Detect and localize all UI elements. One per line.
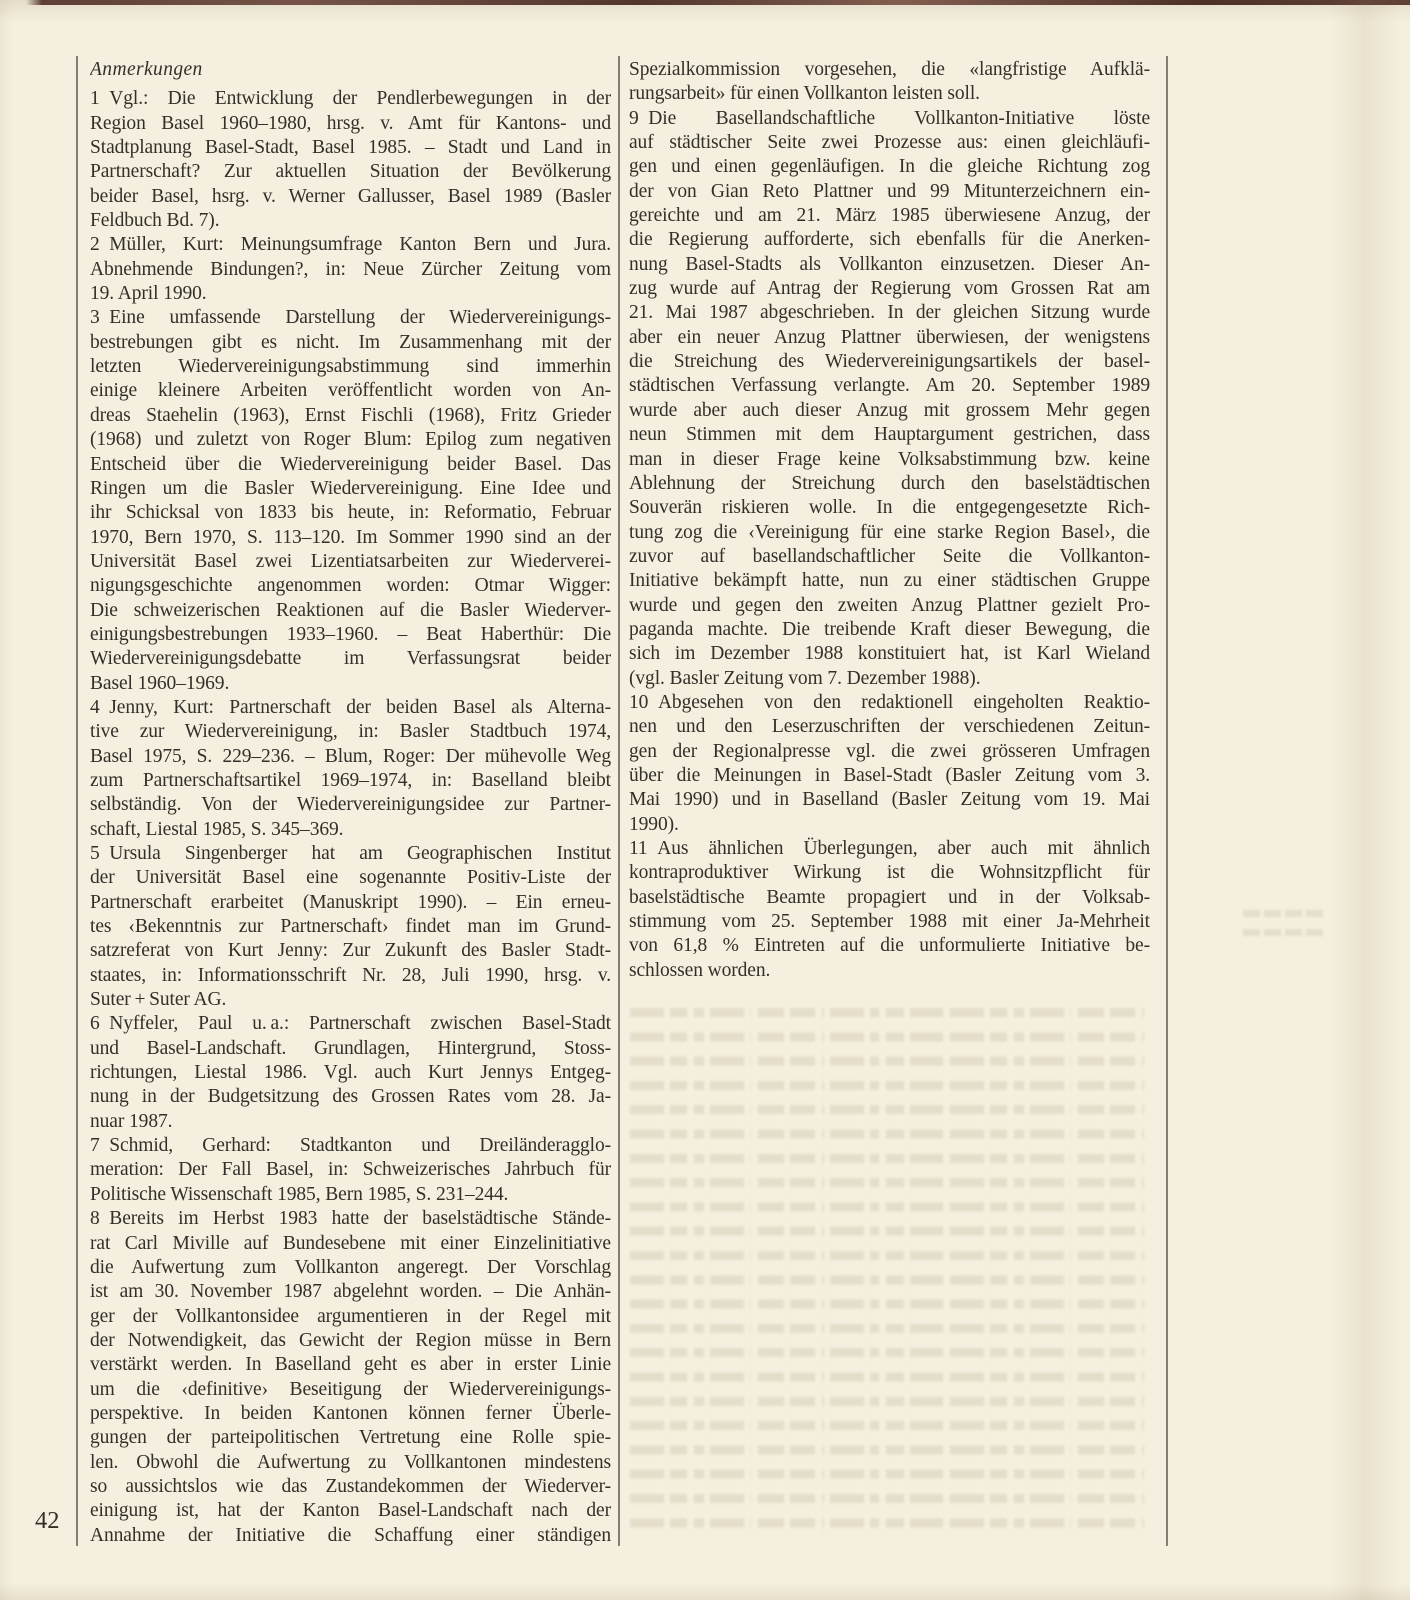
footnote-line: 3 Eine umfassende Darstellung der Wieder… xyxy=(90,306,611,330)
scanned-page: Anmerkungen 1 Vgl.: Die Entwicklung der … xyxy=(0,0,1410,1600)
footnote-line: nuar 1987. xyxy=(90,1110,611,1134)
footnotes-right: Spezialkommission vorgesehen, die «langf… xyxy=(629,58,1150,983)
footnote-line: Abnehmende Bindungen?, in: Neue Zürcher … xyxy=(90,258,611,282)
footnote-line: staates, in: Informationsschrift Nr. 28,… xyxy=(90,964,611,988)
footnote-line: gungen der parteipolitischen Vertretung … xyxy=(90,1426,611,1450)
footnote-line: einige kleinere Arbeiten veröffentlicht … xyxy=(90,379,611,403)
bleed-through-text xyxy=(630,1002,1146,1540)
footnote-line: 19. April 1990. xyxy=(90,282,611,306)
footnotes-column-left: Anmerkungen 1 Vgl.: Die Entwicklung der … xyxy=(90,58,611,1548)
footnote-line: aber ein neuer Anzug Plattner überwiesen… xyxy=(629,326,1150,350)
footnote-line: 11 Aus ähnlichen Überlegungen, aber auch… xyxy=(629,837,1150,861)
footnote-line: kontraproduktiver Wirkung ist die Wohnsi… xyxy=(629,861,1150,885)
footnote-line: letzten Wiedervereinigungsabstimmung sin… xyxy=(90,355,611,379)
bleed-through-margin-text xyxy=(1243,906,1323,948)
footnote-line: 9 Die Basellandschaftliche Vollkanton-In… xyxy=(629,107,1150,131)
footnote: 2 Müller, Kurt: Meinungsumfrage Kanton B… xyxy=(90,233,611,306)
footnote-line: 10 Abgesehen von den redaktionell eingeh… xyxy=(629,691,1150,715)
footnote-line: rat Carl Miville auf Bundesebene mit ein… xyxy=(90,1232,611,1256)
footnote-line: satzreferat von Kurt Jenny: Zur Zukunft … xyxy=(90,939,611,963)
footnote-line: wurde und gegen den zweiten Anzug Plattn… xyxy=(629,594,1150,618)
footnote-line: stimmung vom 25. September 1988 mit eine… xyxy=(629,910,1150,934)
footnote-line: man in dieser Frage keine Volksabstimmun… xyxy=(629,448,1150,472)
footnote-line: über die Meinungen in Basel-Stadt (Basle… xyxy=(629,764,1150,788)
footnote-line: Ringen um die Basler Wiedervereinigung. … xyxy=(90,477,611,501)
footnote-line: 6 Nyffeler, Paul u. a.: Partnerschaft zw… xyxy=(90,1012,611,1036)
footnote-line: zuvor auf basellandschaftlicher Seite di… xyxy=(629,545,1150,569)
footnote: 5 Ursula Singenberger hat am Geographisc… xyxy=(90,842,611,1012)
footnote-line: baselstädtische Beamte propagiert und in… xyxy=(629,886,1150,910)
scan-edge-strip xyxy=(0,0,1410,5)
footnote-line: Feldbuch Bd. 7). xyxy=(90,209,611,233)
footnote-line: rungsarbeit» für einen Vollkanton leiste… xyxy=(629,82,1150,106)
footnote-line: zum Partnerschaftsartikel 1969–1974, in:… xyxy=(90,769,611,793)
footnote-line: Die schweizerischen Reaktionen auf die B… xyxy=(90,599,611,623)
footnote-line: städtischen Verfassung verlangte. Am 20.… xyxy=(629,374,1150,398)
footnote-line: einigungsbestrebungen 1933–1960. – Beat … xyxy=(90,623,611,647)
footnote-line: der Universität Basel eine sogenannte Po… xyxy=(90,866,611,890)
footnote-line: tes ‹Bekenntnis zur Partnerschaft› finde… xyxy=(90,915,611,939)
footnote-line: auf städtischer Seite zwei Prozesse aus:… xyxy=(629,131,1150,155)
footnote-line: die Streichung des Wiedervereinigungsart… xyxy=(629,350,1150,374)
footnote-line: nung in der Budgetsitzung des Grossen Ra… xyxy=(90,1085,611,1109)
footnote-line: perspektive. In beiden Kantonen können f… xyxy=(90,1402,611,1426)
footnote-line: selbständig. Von der Wiedervereinigungsi… xyxy=(90,793,611,817)
footnote-line: Souverän riskieren wolle. In die entgege… xyxy=(629,496,1150,520)
footnote-line: so aussichtslos wie das Zustandekommen d… xyxy=(90,1475,611,1499)
footnote: Spezialkommission vorgesehen, die «langf… xyxy=(629,58,1150,107)
footnote: 3 Eine umfassende Darstellung der Wieder… xyxy=(90,306,611,696)
footnote-line: beider Basel, hsrg. v. Werner Gallusser,… xyxy=(90,185,611,209)
footnote-line: einigung ist, hat der Kanton Basel-Lands… xyxy=(90,1499,611,1523)
footnote-line: Universität Basel zwei Lizentiatsarbeite… xyxy=(90,550,611,574)
footnote-line: nigungsgeschichte angenommen worden: Otm… xyxy=(90,574,611,598)
footnote: 8 Bereits im Herbst 1983 hatte der basel… xyxy=(90,1207,611,1548)
footnote: 1 Vgl.: Die Entwicklung der Pendlerbeweg… xyxy=(90,87,611,233)
column-rule-right xyxy=(1166,56,1168,1546)
footnote-line: Partnerschaft erarbeitet (Manuskript 199… xyxy=(90,891,611,915)
footnote-line: ihr Schicksal von 1833 bis heute, in: Re… xyxy=(90,501,611,525)
footnote-line: (1968) und zuletzt von Roger Blum: Epilo… xyxy=(90,428,611,452)
footnotes-left: 1 Vgl.: Die Entwicklung der Pendlerbeweg… xyxy=(90,87,611,1548)
column-rule-left xyxy=(76,56,78,1546)
footnote-line: bestrebungen gibt es nicht. Im Zusammenh… xyxy=(90,331,611,355)
footnote-line: Ablehnung der Streichung durch den basel… xyxy=(629,472,1150,496)
footnote: 6 Nyffeler, Paul u. a.: Partnerschaft zw… xyxy=(90,1012,611,1134)
footnote-line: tive zur Wiedervereinigung, in: Basler S… xyxy=(90,720,611,744)
column-rule-middle xyxy=(618,56,620,1546)
footnote-line: 21. Mai 1987 abgeschrieben. In der gleic… xyxy=(629,301,1150,325)
footnote-line: 7 Schmid, Gerhard: Stadtkanton und Dreil… xyxy=(90,1134,611,1158)
footnote: 11 Aus ähnlichen Überlegungen, aber auch… xyxy=(629,837,1150,983)
footnote-line: Politische Wissenschaft 1985, Bern 1985,… xyxy=(90,1183,611,1207)
footnote-line: 4 Jenny, Kurt: Partnerschaft der beiden … xyxy=(90,696,611,720)
footnote-line: der von Gian Reto Plattner und 99 Mitunt… xyxy=(629,180,1150,204)
footnote-line: Basel 1960–1969. xyxy=(90,672,611,696)
footnote-line: neun Stimmen mit dem Hauptargument gestr… xyxy=(629,423,1150,447)
footnote-line: Entscheid über die Wiedervereinigung bei… xyxy=(90,453,611,477)
footnote-line: zug wurde auf Antrag der Regierung vom G… xyxy=(629,277,1150,301)
footnote-line: paganda machte. Die treibende Kraft dies… xyxy=(629,618,1150,642)
footnote-line: sich im Dezember 1988 konstituiert hat, … xyxy=(629,642,1150,666)
footnotes-column-right: Spezialkommission vorgesehen, die «langf… xyxy=(629,58,1150,983)
footnote-line: Suter + Suter AG. xyxy=(90,988,611,1012)
footnote: 9 Die Basellandschaftliche Vollkanton-In… xyxy=(629,107,1150,691)
footnote-line: verstärkt werden. In Baselland geht es a… xyxy=(90,1353,611,1377)
footnote-line: Wiedervereinigungsdebatte im Verfassungs… xyxy=(90,647,611,671)
footnote-line: Basel 1975, S. 229–236. – Blum, Roger: D… xyxy=(90,745,611,769)
footnote-line: len. Obwohl die Aufwertung zu Vollkanton… xyxy=(90,1451,611,1475)
footnote-line: gen der Regionalpresse vgl. die zwei grö… xyxy=(629,740,1150,764)
footnote-line: schaft, Liestal 1985, S. 345–369. xyxy=(90,818,611,842)
footnote-line: die Aufwertung zum Vollkanton angeregt. … xyxy=(90,1256,611,1280)
footnote-line: meration: Der Fall Basel, in: Schweizeri… xyxy=(90,1158,611,1182)
footnote-line: nung Basel-Stadts als Vollkanton einzuse… xyxy=(629,253,1150,277)
footnote: 10 Abgesehen von den redaktionell eingeh… xyxy=(629,691,1150,837)
footnote-line: von 61,8 % Eintreten auf die unformulier… xyxy=(629,934,1150,958)
footnote-line: der Notwendigkeit, das Gewicht der Regio… xyxy=(90,1329,611,1353)
footnote-line: und Basel-Landschaft. Grundlagen, Hinter… xyxy=(90,1037,611,1061)
footnote-line: um die ‹definitive› Beseitigung der Wied… xyxy=(90,1378,611,1402)
footnote-line: nen und den Leserzuschriften der verschi… xyxy=(629,715,1150,739)
footnote-line: die Regierung aufforderte, sich ebenfall… xyxy=(629,228,1150,252)
footnote-line: dreas Staehelin (1963), Ernst Fischli (1… xyxy=(90,404,611,428)
footnote-line: Initiative bekämpft hatte, nun zu einer … xyxy=(629,569,1150,593)
footnote-line: wurde aber auch dieser Anzug mit grossem… xyxy=(629,399,1150,423)
footnote-line: Partnerschaft? Zur aktuellen Situation d… xyxy=(90,160,611,184)
footnote-line: gen und einen gegenläufigen. In die glei… xyxy=(629,155,1150,179)
footnote-line: Spezialkommission vorgesehen, die «langf… xyxy=(629,58,1150,82)
footnote-line: Mai 1990) und in Baselland (Basler Zeitu… xyxy=(629,788,1150,812)
footnote-line: Annahme der Initiative die Schaffung ein… xyxy=(90,1524,611,1548)
footnote-line: richtungen, Liestal 1986. Vgl. auch Kurt… xyxy=(90,1061,611,1085)
page-number: 42 xyxy=(35,1506,60,1536)
footnote-line: schlossen worden. xyxy=(629,959,1150,983)
notes-heading: Anmerkungen xyxy=(90,58,611,82)
footnote-line: Stadtplanung Basel-Stadt, Basel 1985. – … xyxy=(90,136,611,160)
footnote: 7 Schmid, Gerhard: Stadtkanton und Dreil… xyxy=(90,1134,611,1207)
footnote-line: 8 Bereits im Herbst 1983 hatte der basel… xyxy=(90,1207,611,1231)
footnote-line: ist am 30. November 1987 abgelehnt worde… xyxy=(90,1280,611,1304)
footnote-line: 2 Müller, Kurt: Meinungsumfrage Kanton B… xyxy=(90,233,611,257)
footnote-line: ger der Vollkantonsidee argumentieren in… xyxy=(90,1305,611,1329)
footnote-line: 5 Ursula Singenberger hat am Geographisc… xyxy=(90,842,611,866)
footnote-line: (vgl. Basler Zeitung vom 7. Dezember 198… xyxy=(629,667,1150,691)
footnote-line: 1 Vgl.: Die Entwicklung der Pendlerbeweg… xyxy=(90,87,611,111)
footnote-line: tung zog die ‹Vereinigung für eine stark… xyxy=(629,521,1150,545)
footnote-line: 1970, Bern 1970, S. 113–120. Im Sommer 1… xyxy=(90,526,611,550)
footnote-line: gereichte und am 21. März 1985 überwiese… xyxy=(629,204,1150,228)
footnote-line: 1990). xyxy=(629,813,1150,837)
footnote: 4 Jenny, Kurt: Partnerschaft der beiden … xyxy=(90,696,611,842)
footnote-line: Region Basel 1960–1980, hrsg. v. Amt für… xyxy=(90,112,611,136)
